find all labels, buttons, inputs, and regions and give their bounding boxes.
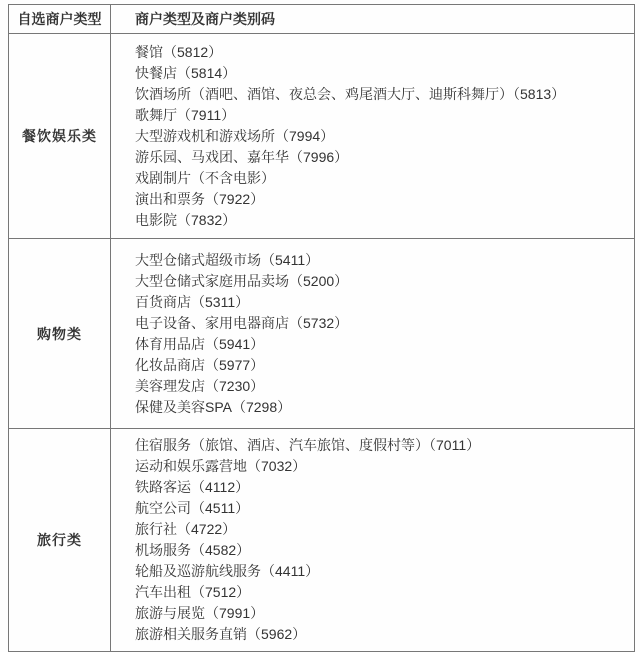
merchant-item: 大型游戏机和游戏场所（7994） xyxy=(135,126,626,147)
table-body: 餐饮娱乐类餐馆（5812）快餐店（5814）饮酒场所（酒吧、酒馆、夜总会、鸡尾酒… xyxy=(9,34,635,651)
merchant-item: 大型仓储式家庭用品卖场（5200） xyxy=(135,271,626,292)
items-cell: 大型仓储式超级市场（5411）大型仓储式家庭用品卖场（5200）百货商店（531… xyxy=(111,239,635,429)
merchant-item: 演出和票务（7922） xyxy=(135,189,626,210)
merchant-item: 旅游相关服务直销（5962） xyxy=(135,624,626,645)
merchant-item: 戏剧制片（不含电影） xyxy=(135,168,626,189)
merchant-item: 机场服务（4582） xyxy=(135,540,626,561)
merchant-item: 餐馆（5812） xyxy=(135,42,626,63)
merchant-item: 汽车出租（7512） xyxy=(135,582,626,603)
merchant-item: 轮船及巡游航线服务（4411） xyxy=(135,561,626,582)
category-row-2: 购物类大型仓储式超级市场（5411）大型仓储式家庭用品卖场（5200）百货商店（… xyxy=(9,239,635,429)
merchant-item: 运动和娱乐露营地（7032） xyxy=(135,456,626,477)
category-label: 旅行类 xyxy=(9,429,111,651)
merchant-item: 游乐园、马戏团、嘉年华（7996） xyxy=(135,147,626,168)
items-cell: 餐馆（5812）快餐店（5814）饮酒场所（酒吧、酒馆、夜总会、鸡尾酒大厅、迪斯… xyxy=(111,34,635,239)
merchant-item: 歌舞厅（7911） xyxy=(135,105,626,126)
header-row: 自选商户类型 商户类型及商户类别码 xyxy=(9,5,635,34)
header-merchant-code: 商户类型及商户类别码 xyxy=(111,5,635,34)
merchant-item: 电子设备、家用电器商店（5732） xyxy=(135,313,626,334)
items-cell: 住宿服务（旅馆、酒店、汽车旅馆、度假村等）（7011）运动和娱乐露营地（7032… xyxy=(111,429,635,651)
category-label: 餐饮娱乐类 xyxy=(9,34,111,239)
merchant-item: 保健及美容SPA（7298） xyxy=(135,397,626,418)
merchant-category-table: 自选商户类型 商户类型及商户类别码 餐饮娱乐类餐馆（5812）快餐店（5814）… xyxy=(8,4,635,650)
merchant-item: 航空公司（4511） xyxy=(135,498,626,519)
merchant-item: 体育用品店（5941） xyxy=(135,334,626,355)
merchant-item: 住宿服务（旅馆、酒店、汽车旅馆、度假村等）（7011） xyxy=(135,435,626,456)
merchant-item: 铁路客运（4112） xyxy=(135,477,626,498)
merchant-item: 百货商店（5311） xyxy=(135,292,626,313)
merchant-item: 电影院（7832） xyxy=(135,210,626,231)
merchant-item: 旅行社（4722） xyxy=(135,519,626,540)
category-row-1: 餐饮娱乐类餐馆（5812）快餐店（5814）饮酒场所（酒吧、酒馆、夜总会、鸡尾酒… xyxy=(9,34,635,239)
merchant-item: 化妆品商店（5977） xyxy=(135,355,626,376)
category-label: 购物类 xyxy=(9,239,111,429)
header-merchant-type: 自选商户类型 xyxy=(9,5,111,34)
category-row-3: 旅行类住宿服务（旅馆、酒店、汽车旅馆、度假村等）（7011）运动和娱乐露营地（7… xyxy=(9,429,635,651)
merchant-item: 饮酒场所（酒吧、酒馆、夜总会、鸡尾酒大厅、迪斯科舞厅）（5813） xyxy=(135,84,626,105)
merchant-item: 快餐店（5814） xyxy=(135,63,626,84)
merchant-item: 旅游与展览（7991） xyxy=(135,603,626,624)
merchant-item: 大型仓储式超级市场（5411） xyxy=(135,250,626,271)
merchant-item: 美容理发店（7230） xyxy=(135,376,626,397)
